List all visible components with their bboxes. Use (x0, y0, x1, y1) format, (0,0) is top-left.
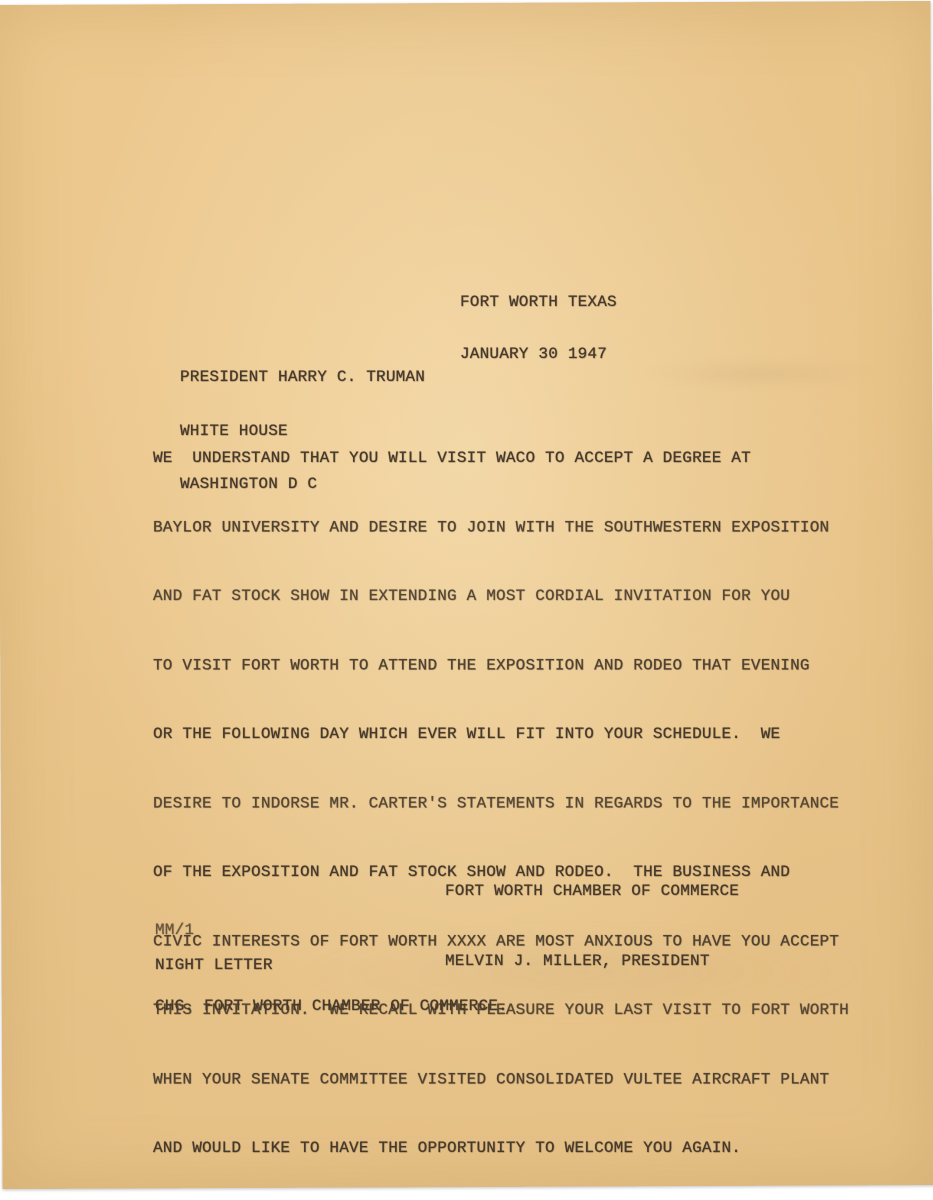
body-line: AND FAT STOCK SHOW IN EXTENDING A MOST C… (153, 588, 849, 625)
charge-line: CHG. FORT WORTH CHAMBER OF COMMERCE. (155, 998, 508, 1014)
body-line: BAYLOR UNIVERSITY AND DESIRE TO JOIN WIT… (153, 520, 849, 557)
dateline-date: JANUARY 30 1947 (460, 346, 617, 366)
signature-name: MELVIN J. MILLER, PRESIDENT (445, 953, 739, 991)
reference-initials: MM/1 (155, 922, 194, 938)
recipient-name: PRESIDENT HARRY C. TRUMAN (180, 369, 425, 391)
scanned-letter-page: { "document": { "kind": "typewritten tel… (0, 0, 933, 1200)
dateline: FORT WORTH TEXAS JANUARY 30 1947 (460, 262, 617, 382)
paper-stain (639, 356, 879, 391)
body-line: WE UNDERSTAND THAT YOU WILL VISIT WACO T… (153, 450, 849, 487)
signature-org: FORT WORTH CHAMBER OF COMMERCE (445, 883, 739, 921)
body-line: TO VISIT FORT WORTH TO ATTEND THE EXPOSI… (153, 658, 849, 695)
signature-block: FORT WORTH CHAMBER OF COMMERCE MELVIN J.… (445, 851, 739, 1007)
body-line: OR THE FOLLOWING DAY WHICH EVER WILL FIT… (153, 726, 849, 763)
body-line: AND WOULD LIKE TO HAVE THE OPPORTUNITY T… (153, 1140, 849, 1177)
body-line: WHEN YOUR SENATE COMMITTEE VISITED CONSO… (153, 1072, 849, 1109)
body-line: DESIRE TO INDORSE MR. CARTER'S STATEMENT… (153, 796, 849, 833)
letter-body: WE UNDERSTAND THAT YOU WILL VISIT WACO T… (153, 418, 849, 1193)
service-class-label: NIGHT LETTER (155, 957, 273, 973)
dateline-city: FORT WORTH TEXAS (460, 294, 617, 314)
